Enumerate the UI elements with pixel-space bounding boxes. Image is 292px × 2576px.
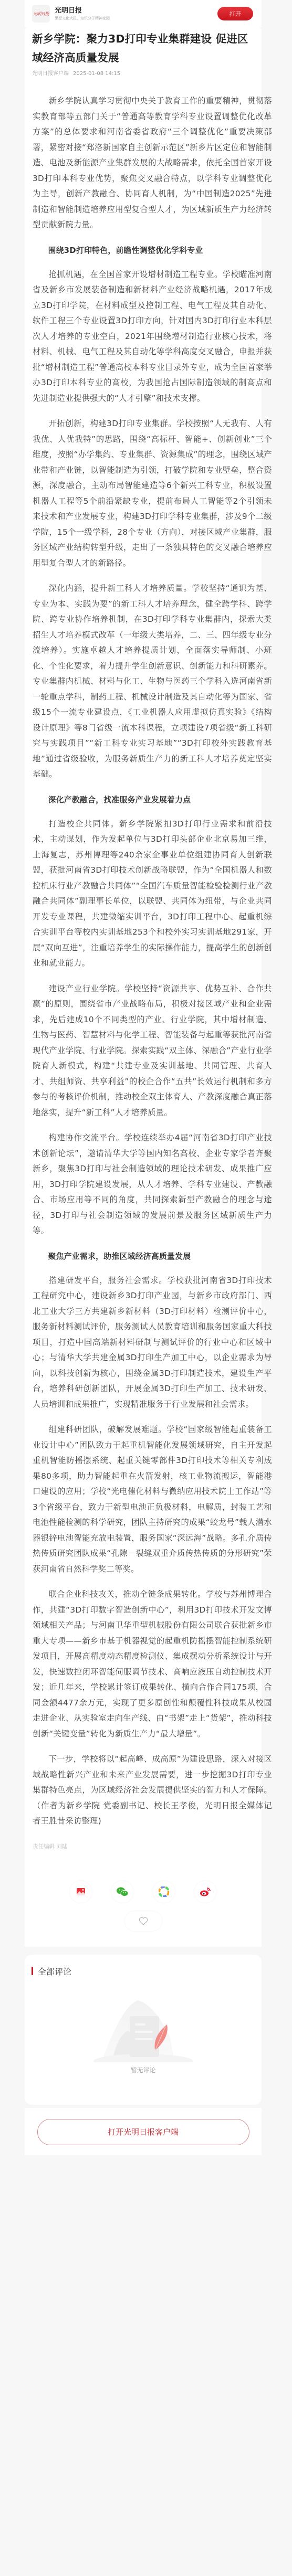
article-title: 新乡学院：聚力3D打印专业集群建设 促进区域经济高质量发展 <box>25 29 262 67</box>
content-column: 光明日报 光明日报 思想文化大报，知识分子精神家园 打开 新乡学院：聚力3D打印… <box>25 0 262 2155</box>
open-client-button[interactable]: 打开光明日报客户端 <box>37 2119 249 2145</box>
responsible-editor: 责任编辑 刘陆 <box>25 1839 262 1850</box>
share-bar <box>25 1881 262 1903</box>
weibo-icon <box>200 1886 211 1897</box>
like-row <box>25 1911 262 1931</box>
like-button[interactable] <box>125 1911 162 1931</box>
article-paragraph: 建设产业行业学院。学校坚持“资源共享、优势互补、合作共赢”的原则，围绕省市产业战… <box>33 981 272 1121</box>
article-paragraph: 搭建研发平台，服务社会需求。学校获批河南省3D打印技术工程研究中心，建设新乡3D… <box>33 1273 272 1413</box>
article-paragraph: 新乡学院认真学习贯彻中央关于教育工作的重要精神，贯彻落实教育部等五部门关于“普通… <box>33 93 272 233</box>
wechat-icon <box>116 1886 129 1897</box>
section-marker <box>32 1967 33 1975</box>
open-app-button[interactable]: 打开 <box>217 7 253 20</box>
article-paragraph: 组建科研团队，破解发展难题。学校“国家级智能起重装备工业设计中心”团队致力于起重… <box>33 1422 272 1577</box>
comments-section: 全部评论 <box>25 1955 262 2105</box>
moments-icon <box>159 1886 169 1897</box>
section-heading: 深化产教融合，找准服务产业发展着力点 <box>33 792 262 808</box>
article-body: 新乡学院认真学习贯彻中央关于教育工作的重要精神，贯彻落实教育部等五部门关于“普通… <box>25 78 262 1829</box>
article-paragraph: 开拓创新，构建3D打印专业集群。学校按照“人无我有、人有我优、人优我特”的思路，… <box>33 416 272 571</box>
heart-icon <box>139 1917 148 1925</box>
app-info: 光明日报 思想文化大报，知识分子精神家园 <box>55 6 217 22</box>
article-paragraph: 打造校企共同体。新乡学院紧扣3D打印行业需求和前沿技术，主动谋划，作为发起单位与… <box>33 817 272 971</box>
article-source: 光明日报客户端 <box>32 71 69 77</box>
image-icon <box>76 1887 86 1896</box>
article-paragraph: 构建协作交流平台。学校连续举办4届“河南省3D打印产业技术创新论坛”，邀请清华大… <box>33 1130 272 1239</box>
article-paragraph: 深化内涵，提升新工科人才培养质量。学校坚持“通识为基、专业为本、实践为要”的新工… <box>33 581 272 782</box>
article-datetime: 2025-01-08 14:15 <box>73 71 120 77</box>
app-logo-text: 光明日报 <box>33 11 49 17</box>
app-logo: 光明日报 <box>32 5 50 23</box>
comments-title: 全部评论 <box>38 1965 71 1977</box>
app-banner: 光明日报 光明日报 思想文化大报，知识分子精神家园 打开 <box>25 0 262 27</box>
article-card: 新乡学院：聚力3D打印专业集群建设 促进区域经济高质量发展 光明日报客户端202… <box>25 26 262 1947</box>
article-paragraph: 抢抓机遇，在全国首家开设增材制造工程专业。学校瞄准河南省及新乡市发展装备制造和新… <box>33 267 272 407</box>
share-image-button[interactable] <box>70 1881 92 1903</box>
share-moments-button[interactable] <box>153 1881 175 1903</box>
empty-comments: 暂无评论 <box>25 1999 262 2074</box>
share-wechat-button[interactable] <box>111 1881 133 1903</box>
article-meta: 光明日报客户端2025-01-08 14:15 <box>25 67 262 78</box>
share-weibo-button[interactable] <box>194 1881 216 1903</box>
page: 光明日报 光明日报 思想文化大报，知识分子精神家园 打开 新乡学院：聚力3D打印… <box>0 0 292 2155</box>
app-slogan: 思想文化大报，知识分子精神家园 <box>55 15 217 22</box>
empty-comments-illustration-icon <box>91 1999 196 2062</box>
article-paragraph: 联合企业科技攻关，推动全链条成果转化。学校与苏州博理合作，共建“3D打印数字智造… <box>33 1587 272 1742</box>
comments-header: 全部评论 <box>25 1965 262 1977</box>
article-paragraph: 下一步，学校将以“起高峰、成高原”为建设思路，深入对接区域战略性新兴产业和未来产… <box>33 1752 272 1829</box>
empty-comments-text: 暂无评论 <box>130 2065 155 2074</box>
section-heading: 围绕3D打印特色，前瞻性调整优化学科专业 <box>33 243 262 259</box>
section-heading: 聚焦产业需求，助推区域经济高质量发展 <box>33 1249 262 1265</box>
app-name: 光明日报 <box>55 6 217 15</box>
bottom-cta-bar: 打开光明日报客户端 <box>25 2108 262 2155</box>
